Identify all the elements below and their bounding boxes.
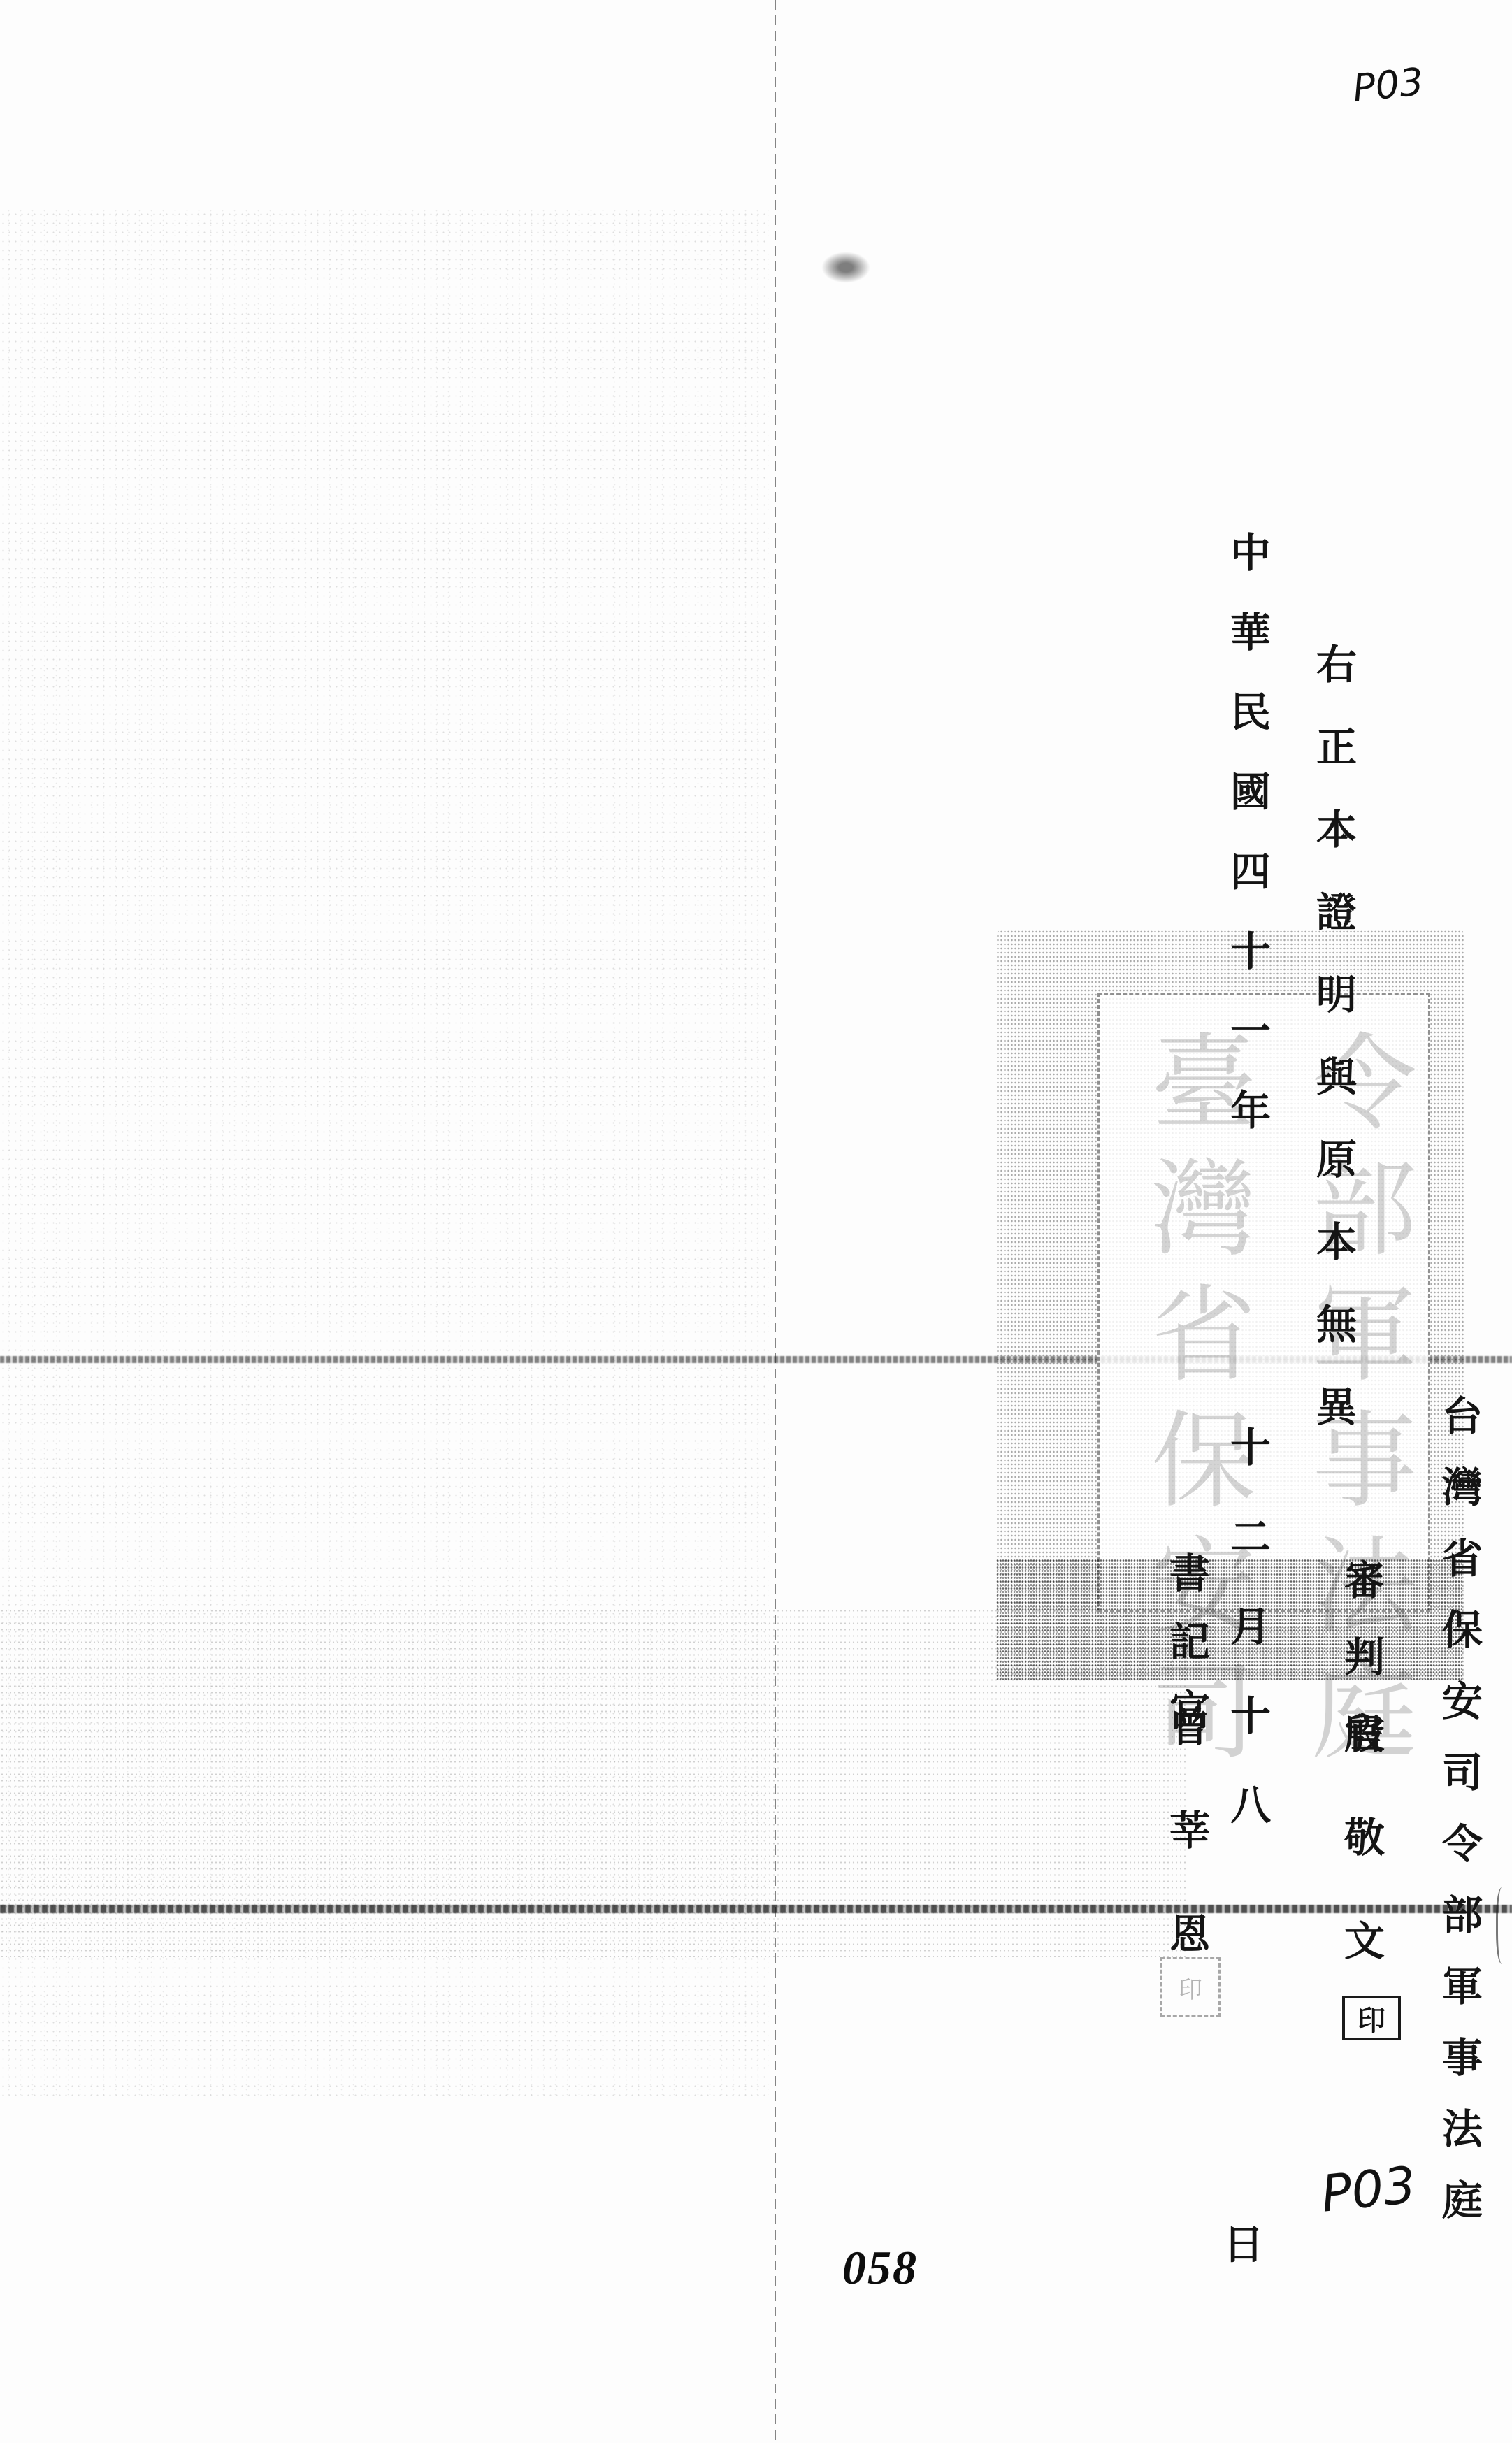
scanned-page: 臺灣省保安司 令部軍事法庭 台灣省保安司令部軍事法庭 審判官 殷敬文 印 右正本… [0,0,1512,2443]
date-upper: 中華民國四十一年 [1227,531,1267,1169]
handwritten-annotation-top: P03 [1351,59,1425,110]
edge-binding-mark [1496,1887,1511,1964]
vertical-fold-line [775,0,776,2443]
judge-seal: 印 [1342,1996,1401,2040]
ink-smudge [821,252,870,283]
judge-seal-glyph: 印 [1358,1998,1385,2038]
certification-statement: 右正本證明與原本無異 [1313,643,1353,1468]
clerk-seal-glyph: 印 [1179,1970,1202,2005]
page-number: 058 [842,2240,918,2296]
photocopy-grain [0,210,769,2097]
court-name: 台灣省保安司令部軍事法庭 [1439,1395,1479,2250]
horizontal-fold-line-lower [0,1905,1512,1913]
clerk-seal: 印 [1160,1957,1221,2017]
handwritten-annotation-bottom: P03 [1318,2155,1418,2224]
date-lower: 十二月十八 [1227,1426,1267,1873]
judge-name: 殷敬文 [1341,1713,1381,2023]
date-day-suffix: 日 [1220,2223,1260,2263]
